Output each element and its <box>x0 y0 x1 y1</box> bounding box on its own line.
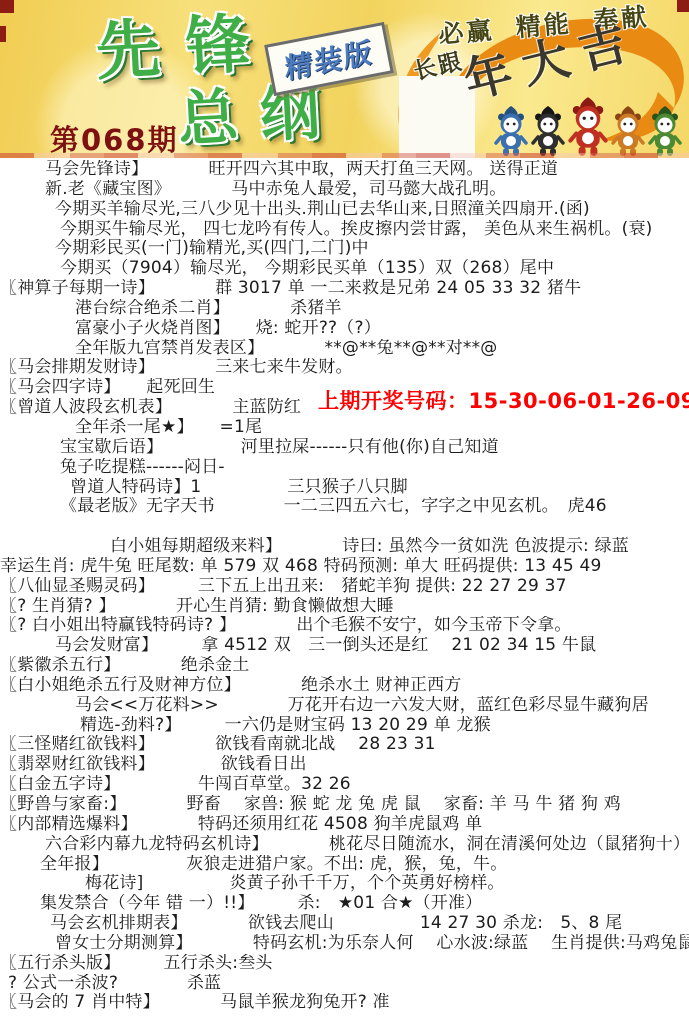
corner-mark-icon <box>0 0 14 13</box>
fuwa-jingjing-icon <box>531 105 565 158</box>
text-row: 今期买牛输尽光， 四七龙吟有传人。挨皮擦内尝甘露， 美色从来生祸机。(衰) <box>0 220 689 240</box>
text-row: 宝宝歇后语】 河里拉屎------只有他(你)自己知道 <box>0 438 689 458</box>
text-row: 新.老《藏宝图》 马中赤兔人最爱，司马懿大战孔明。 <box>0 180 689 200</box>
text-row: 曾女士分期测算】 特码玄机:为乐奈人何 心水波:绿蓝 生肖提供:马鸡兔鼠羊 <box>0 934 689 954</box>
scan-white-patch <box>399 76 475 158</box>
text-row: 《最老版》无字天书 一二三四五六七，字字之中见玄机。 虎46 <box>0 497 689 517</box>
text-row: 马会发财富】 拿 4512 双 三一倒头还是红 21 02 34 15 牛鼠 <box>0 636 689 656</box>
text-row: 富豪小子火烧肖图】 烧: 蛇开??（?） <box>0 319 689 339</box>
text-row: 全年杀一尾★】 =1尾 <box>0 418 689 438</box>
text-row: 马会<<万花料>> 万花开右边一六发大财，蓝红色彩尽显牛藏狗居 <box>0 696 689 716</box>
content-rows: 马会先锋诗】 旺开四六其中取，两天打鱼三天网。 送得正道新.老《藏宝图》 马中赤… <box>0 160 689 1013</box>
text-row: 〖内部精选爆料】 特码还须用红花 4508 狗羊虎鼠鸡 单 <box>0 815 689 835</box>
text-row: 今期彩民买(一门)输精光,买(四门,二门)中 <box>0 239 689 259</box>
masthead-title-bottom: 总纲 <box>177 82 344 151</box>
text-row: 〖? 生肖猜? 】 开心生肖猜: 勤食懒做想大睡 <box>0 597 689 617</box>
text-row: 港台综合绝杀二肖】 杀猪羊 <box>0 299 689 319</box>
deluxe-edition-label: 精装版 <box>284 30 374 88</box>
text-row <box>0 517 689 537</box>
text-row: 白小姐每期超级来料】 诗曰: 虽然今一贫如洗 色波提示: 绿蓝 <box>0 537 689 557</box>
text-row: 六合彩内幕九龙特码玄机诗】 桃花尽日随流水，洞在清溪何处边（鼠猪狗十） <box>0 835 689 855</box>
text-row: 曾道人特码诗】1 三只猴子八只脚 <box>0 478 689 498</box>
text-row: 〖白金五字诗】 牛闯百草堂。32 26 <box>0 775 689 795</box>
text-row: 〖野兽与家畜:】 野畜 家兽: 猴 蛇 龙 兔 虎 鼠 家畜: 羊 马 牛 猪 … <box>0 795 689 815</box>
text-row: ? 公式一杀波? 杀蓝 <box>0 974 689 994</box>
fuwa-huanhuan-icon <box>568 96 608 158</box>
fuwa-yingying-icon <box>611 105 645 158</box>
fuwa-beibei-icon <box>494 105 528 158</box>
issue-number: 第068期 <box>50 118 179 158</box>
text-row: 全年报】 灰狼走进猎户家。不出: 虎，猴，兔，牛。 <box>0 855 689 875</box>
text-row: 〖八仙显圣赐灵码】 三下五上出丑来: 猪蛇羊狗 提供: 22 27 29 37 <box>0 577 689 597</box>
text-row: 〖白小姐绝杀五行及财神方位】 绝杀水土 财神正西方 <box>0 676 689 696</box>
mascot-row <box>494 96 682 158</box>
text-row: 〖三怪赌红欲钱料】 欲钱看南就北战 28 23 31 <box>0 735 689 755</box>
text-row: 今期买羊输尽光,三八少见十出头.荆山已去华山来,日照潼关四扇开.(函) <box>0 200 689 220</box>
last-draw-numbers: 上期开奖号码：15-30-06-01-26-09+05 <box>318 385 689 415</box>
masthead: 先锋 总纲 精装版 第068期 必赢 精能 奉献 长跟 年大吉 <box>0 0 689 158</box>
text-row: 〖马会排期发财诗】 三来七来牛发财。 <box>0 358 689 378</box>
text-row: 马会先锋诗】 旺开四六其中取，两天打鱼三天网。 送得正道 <box>0 160 689 180</box>
text-row: 精选-劲料?】 一六仍是财宝码 13 20 29 单 龙猴 <box>0 716 689 736</box>
text-row: 〖翡翠财红欲钱料】 欲钱看日出 <box>0 755 689 775</box>
text-row: 今期买（7904）输尽光， 今期彩民买单（135）双（268）尾中 <box>0 259 689 279</box>
deluxe-edition-badge: 精装版 <box>264 22 394 96</box>
fuwa-nini-icon <box>648 105 682 158</box>
corner-mark-icon <box>0 26 6 42</box>
text-row: 兔子吃提糕------闷日- <box>0 458 689 478</box>
text-row: 〖马会的 7 肖中特】 马鼠羊猴龙狗兔开? 准 <box>0 993 689 1013</box>
text-row: 全年版九宫禁肖发表区】 **@**兔**@**对**@ <box>0 339 689 359</box>
text-row: 马会玄机排期表】 欲钱去爬山 14 27 30 杀龙: 5、8 尾 <box>0 914 689 934</box>
masthead-title-top: 先锋 <box>94 11 277 84</box>
corner-mark-icon <box>677 0 689 12</box>
text-row: 梅花诗] 炎黄子孙千千万，个个英勇好榜样。 <box>0 874 689 894</box>
text-row: 幸运生肖: 虎牛兔 旺尾数: 单 579 双 468 特码预测: 单大 旺码提供… <box>0 557 689 577</box>
text-row: 〖神算子每期一诗】 群 3017 单 一二来救是兄弟 24 05 33 32 猪… <box>0 279 689 299</box>
text-row: 〖紫徽杀五行】 绝杀金土 <box>0 656 689 676</box>
text-row: 〖五行杀头版】 五行杀头:叁头 <box>0 954 689 974</box>
header-bottom-strip <box>0 153 689 158</box>
text-row: 〖? 白小姐出特赢钱特码诗? 】 出个毛猴不安宁，如今玉帝下令拿。 <box>0 616 689 636</box>
text-row: 集发禁合（今年 错 一）!!】 杀: ★01 合★（开准） <box>0 894 689 914</box>
